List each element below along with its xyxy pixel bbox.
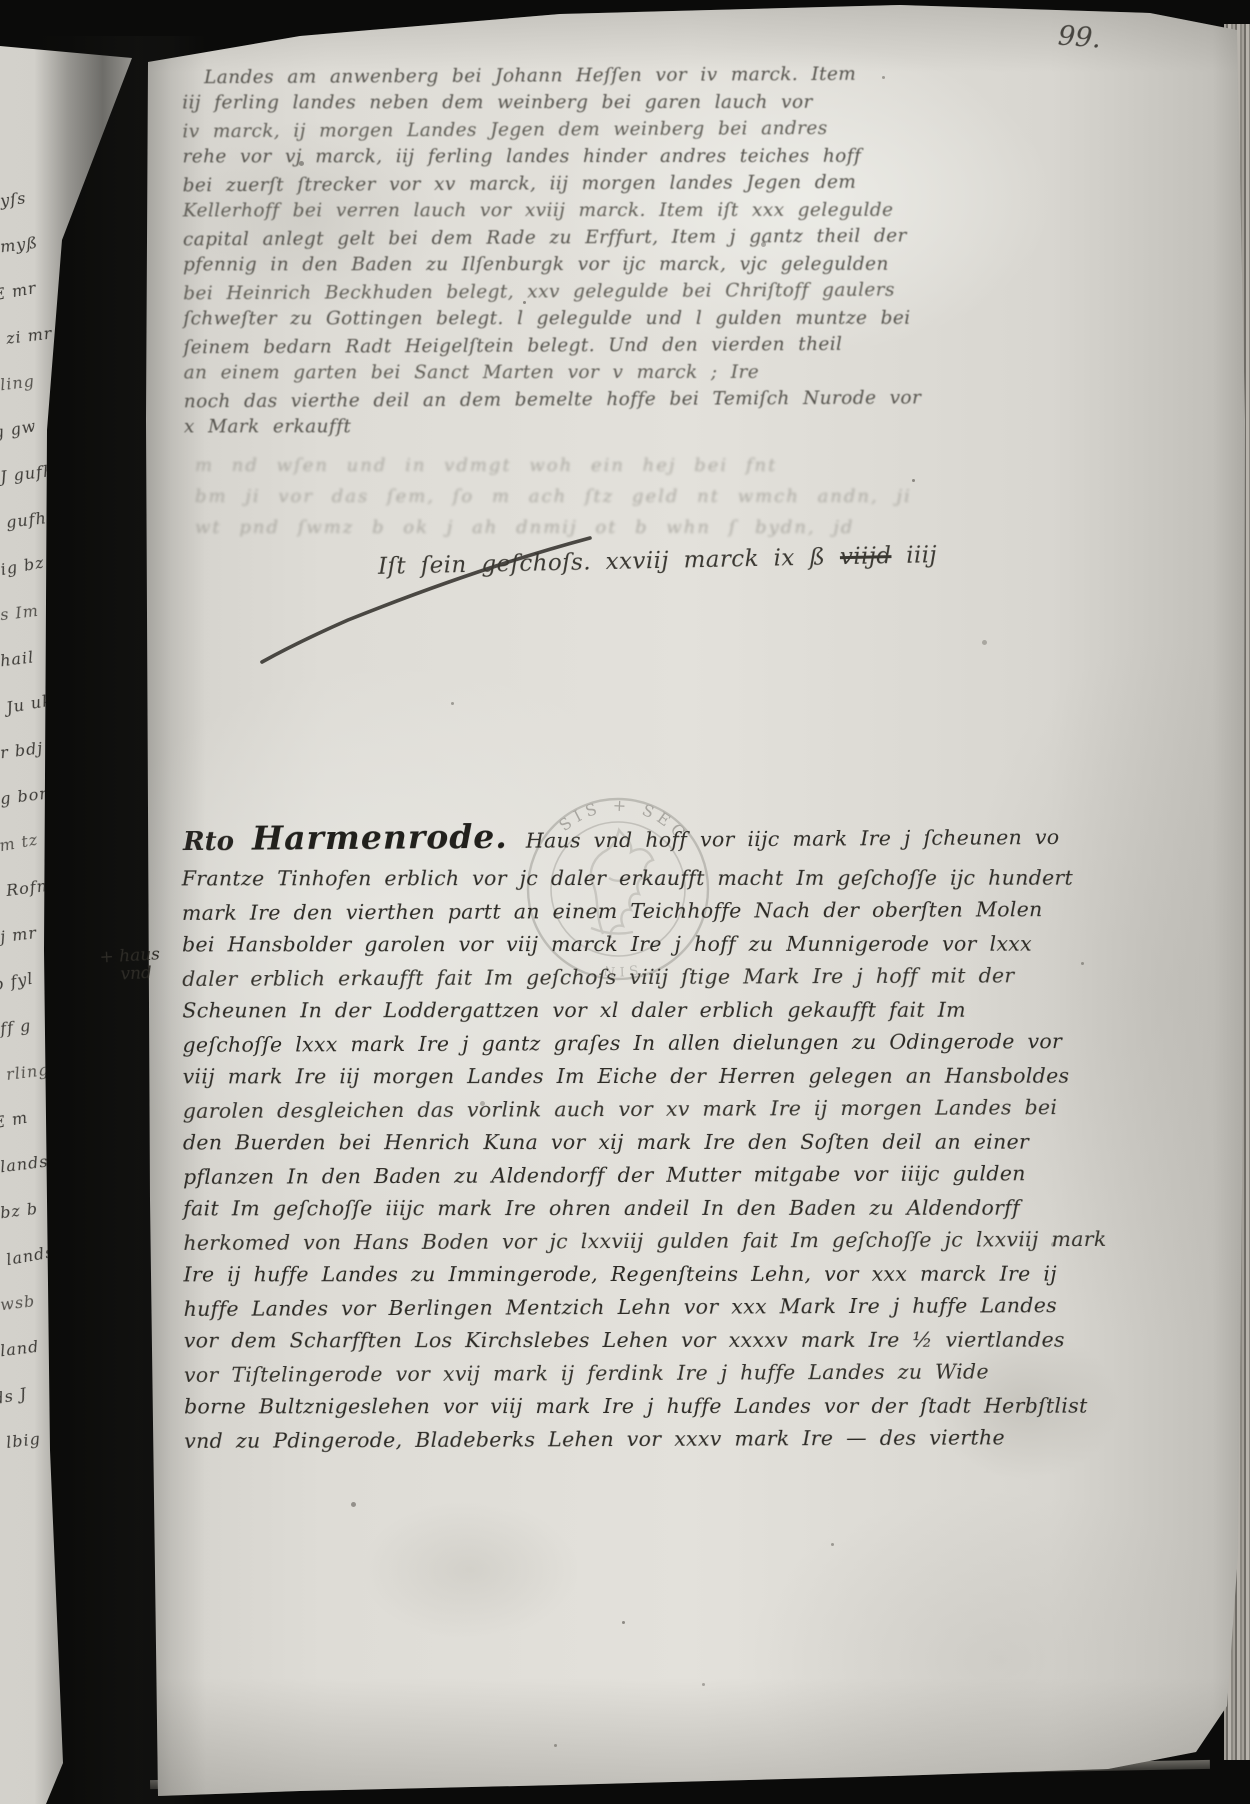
facing-page-text-fragment: E mr: [0, 275, 57, 305]
facing-page-text-fragment: gufhs: [5, 507, 57, 532]
summa-struck-amount: viijd: [840, 543, 892, 570]
manuscript-line: pflanzen In den Baden zu Aldendorff der …: [183, 1157, 1065, 1194]
check-slash-mark: [238, 516, 618, 686]
facing-page-text-fragment: Rofn: [5, 875, 57, 900]
facing-page-text-fragment: wsb: [0, 1289, 57, 1315]
entry-harmenrode-text-block: Frantze Tinhofen erblich vor jc daler er…: [182, 860, 1067, 1458]
manuscript-line: iv marck, ij morgen Landes Jegen dem wei…: [182, 114, 1062, 146]
entry-heading-abbrev: Rto: [183, 827, 234, 857]
manuscript-line: bei zuerſt ſtrecker vor xv marck, iij mo…: [183, 168, 1063, 200]
facing-page-text-fragment: g bor: [0, 783, 57, 809]
facing-page-text-fragment: hail: [0, 645, 57, 671]
manuscript-line: herkomed von Hans Boden vor jc lxxviij g…: [183, 1223, 1065, 1260]
facing-page-text-fragment: j mr: [0, 921, 57, 947]
manuscript-line: ſeinem bedarn Radt Heigelſtein belegt. U…: [183, 330, 1063, 362]
facing-page-text-fragment: b fyl: [0, 965, 57, 995]
manuscript-line: capital anlegt gelt bei dem Rade zu Erff…: [183, 222, 1063, 254]
facing-page-text-fragment: bz b: [0, 1197, 57, 1223]
manuscript-line: bei Hansbolder garolen vor viij marck Ir…: [182, 928, 1064, 962]
facing-page-text-fragment: g gw: [0, 413, 57, 443]
entry-heading-name: Harmenrode.: [252, 817, 508, 858]
manuscript-line: viij mark Ire iij morgen Landes Im Eiche…: [183, 1060, 1065, 1094]
manuscript-line: vor Tiſtelingerode vor xvij mark ij ferd…: [184, 1355, 1066, 1392]
manuscript-line: mark Ire den vierthen partt an einem Tei…: [182, 893, 1064, 930]
facing-page-text-fragment: tig bz: [0, 551, 57, 581]
facing-page-text-fragment: ds J: [0, 1379, 57, 1409]
facing-page-text-fragment: s Im: [0, 599, 57, 625]
manuscript-line: vor dem Scharfften Los Kirchslebes Lehen…: [184, 1324, 1066, 1358]
facing-page-text-fragment: myß: [0, 231, 57, 257]
manuscript-line: pfennig in den Baden zu Ilſenburgk vor i…: [183, 251, 1063, 279]
facing-page-text-fragment: land: [0, 1335, 57, 1361]
facing-page-text-fragment: yſs: [0, 185, 57, 211]
folio-number: 99.: [1057, 21, 1102, 55]
facing-page-text-fragment: E m: [0, 1103, 57, 1133]
facing-page-text-fragment: rlingr: [5, 1059, 57, 1084]
margin-note: + haus vnd: [99, 944, 161, 985]
entry-first-line: Haus vnd hoff vor iijc mark Ire j ſcheun…: [526, 825, 1060, 853]
manuscript-line: Kellerhoff bei verren lauch vor xviij ma…: [183, 197, 1063, 225]
manuscript-line: huffe Landes vor Berlingen Mentzich Lehn…: [184, 1289, 1066, 1326]
facing-page-text-fragment: Ju uk: [5, 690, 58, 717]
facing-page-text-fragment: lands: [0, 1151, 57, 1177]
facing-page-text-fragment: J gufh: [0, 461, 57, 487]
manuscript-line: den Buerden bei Henrich Kuna vor xij mar…: [183, 1126, 1065, 1160]
facing-page-text-fragment: ling: [0, 369, 57, 395]
facing-page-text-fragment: ff g: [0, 1013, 57, 1039]
margin-note-line2: vnd: [120, 962, 161, 984]
manuscript-line: bei Heinrich Beckhuden belegt, xxv geleg…: [183, 276, 1063, 308]
manuscript-line: rehe vor vj marck, iij ferling landes hi…: [182, 143, 1062, 171]
bleedthrough-line: m nd wſen und in vdmgt woh ein hej bei f…: [195, 450, 1055, 481]
facing-page-text-fragment: lbig: [5, 1427, 57, 1452]
facing-page-text-fragment: im tz: [0, 827, 57, 857]
facing-page-text-fragment: r bdj: [0, 737, 57, 763]
facing-page-fragments: yſsmyßE mrzi mrlingg gwJ gufhgufhstig bz…: [0, 188, 56, 1449]
manuscript-line: vnd zu Pdingerode, Bladeberks Lehen vor …: [184, 1421, 1066, 1458]
paper-specks: [0, 0, 3, 3]
manuscript-line: x Mark erkaufft: [184, 413, 1064, 441]
manuscript-line: garolen desgleichen das vorlink auch vor…: [183, 1091, 1065, 1128]
bleedthrough-line: bm ji vor das ſem, ſo m ach ſtz geld nt …: [195, 481, 1055, 512]
manuscript-line: Frantze Tinhofen erblich vor jc daler er…: [182, 862, 1064, 896]
manuscript-line: ſchweſter zu Gottingen belegt. l gelegul…: [183, 305, 1063, 333]
facing-page-text-fragment: zi mr: [5, 323, 57, 348]
manuscript-line: fait Im geſchoſſe iiijc mark Ire ohren a…: [183, 1192, 1065, 1226]
manuscript-line: daler erblich erkaufft fait Im geſchoſs …: [182, 959, 1064, 996]
manuscript-line: borne Bultznigeslehen vor viij mark Ire …: [184, 1390, 1066, 1424]
manuscript-scan: yſsmyßE mrzi mrlingg gwJ gufhgufhstig bz…: [0, 0, 1250, 1804]
summa-tail: iiij: [906, 542, 937, 569]
manuscript-line: an einem garten bei Sanct Marten vor v m…: [184, 359, 1064, 387]
manuscript-line: iij ferling landes neben dem weinberg be…: [182, 89, 1062, 117]
manuscript-line: noch das vierthe deil an dem bemelte hof…: [184, 384, 1064, 416]
manuscript-line: Landes am anwenberg bei Johann Heſſen vo…: [182, 60, 1062, 92]
manuscript-line: geſchoſſe lxxx mark Ire j gantz graſes I…: [182, 1025, 1064, 1062]
manuscript-line: Scheunen In der Loddergattzen vor xl dal…: [182, 994, 1064, 1028]
entry-previous-text-block: Landes am anwenberg bei Johann Heſſen vo…: [182, 60, 1064, 443]
entry-heading-row: Rto Harmenrode. Haus vnd hoff vor iijc m…: [183, 813, 1060, 858]
facing-page-text-fragment: lands: [5, 1242, 58, 1269]
manuscript-line: Ire ij huffe Landes zu Immingerode, Rege…: [183, 1258, 1065, 1292]
